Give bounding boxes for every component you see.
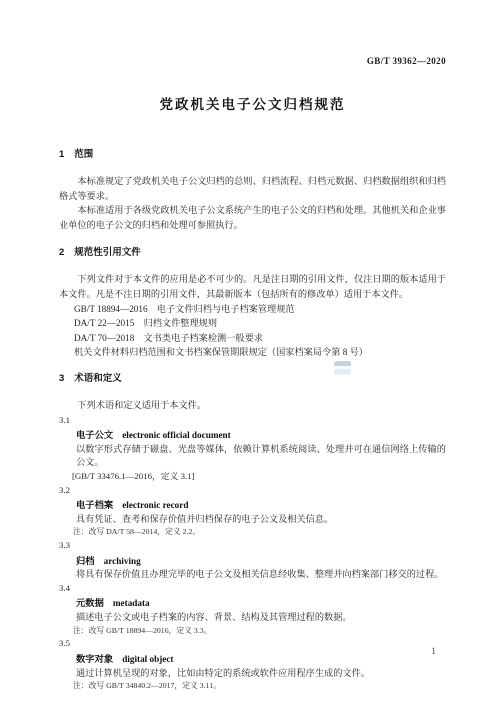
scope-paragraph: 本标准规定了党政机关电子公文归档的总则、归档流程、归档元数据、归档数据组织和归档… (59, 174, 446, 203)
section-title: 范围 (74, 149, 93, 160)
term-title: 数字对象digital object (76, 651, 446, 667)
term-title: 归档archiving (76, 553, 446, 569)
section-number: 3 (59, 373, 64, 384)
term-zh: 归档 (76, 556, 95, 566)
watermark-badge-icon (334, 361, 351, 375)
term-note: 注：改写 GB/T 18894—2016，定义 3.3。 (73, 625, 446, 638)
section-heading-terms-definitions: 3术语和定义 (59, 370, 446, 384)
term-note: 注：改写 DA/T 58—2014，定义 2.2。 (73, 526, 446, 539)
term-zh: 元数据 (76, 598, 104, 608)
reference-item: 机关文件材料归档范围和文书档案保管期限规定（国家档案局令第 8 号） (74, 345, 446, 360)
term-en: electronic official document (122, 430, 231, 440)
term-en: metadata (113, 598, 150, 608)
terms-intro-paragraph: 下列术语和定义适用于本文件。 (59, 398, 446, 413)
term-entry: 3.2 电子档案electronic record 具有凭证、查考和保存价值并归… (59, 484, 446, 540)
term-definition: 具有凭证、查考和保存价值并归档保存的电子公文及相关信息。 (76, 513, 446, 527)
term-title: 电子公文electronic official document (76, 427, 446, 443)
term-number: 3.4 (59, 582, 446, 596)
term-en: electronic record (122, 500, 188, 510)
term-entry: 3.3 归档archiving 将具有保存价值且办理完毕的电子公文及相关信息经收… (59, 539, 446, 582)
term-title: 元数据metadata (76, 595, 446, 611)
reference-list: GB/T 18894—2016 电子文件归档与电子档案管理规范 DA/T 22—… (74, 302, 446, 360)
term-source: [GB/T 33476.1—2016，定义 3.1] (72, 470, 446, 484)
term-definition: 将具有保存价值且办理完毕的电子公文及相关信息经收集、整理并向档案部门移交的过程。 (76, 568, 446, 582)
term-definition: 通过计算机呈现的对象，比如由特定的系统或软件应用程序生成的文件。 (76, 667, 446, 681)
term-zh: 电子档案 (76, 500, 113, 510)
page-content: GB/T 39362—2020 党政机关电子公文归档规范 1范围 本标准规定了党… (59, 0, 446, 693)
term-entry: 3.1 电子公文electronic official document 以数字… (59, 414, 446, 484)
term-number: 3.1 (59, 414, 446, 428)
term-title: 电子档案electronic record (76, 497, 446, 513)
term-zh: 数字对象 (76, 654, 113, 664)
section-title: 规范性引用文件 (74, 247, 141, 258)
section-title: 术语和定义 (74, 373, 122, 384)
section-heading-normative-references: 2规范性引用文件 (59, 244, 446, 258)
reference-item: DA/T 70—2018 文书类电子档案检测一般要求 (74, 331, 446, 346)
term-entry: 3.4 元数据metadata 描述电子公文或电子档案的内容、背景、结构及其管理… (59, 582, 446, 638)
reference-item: GB/T 18894—2016 电子文件归档与电子档案管理规范 (74, 302, 446, 317)
section-number: 2 (59, 247, 64, 258)
term-number: 3.3 (59, 539, 446, 553)
document-title: 党政机关电子公文归档规范 (59, 93, 446, 113)
term-definition: 描述电子公文或电子档案的内容、背景、结构及其管理过程的数据。 (76, 611, 446, 625)
section-number: 1 (59, 149, 64, 160)
term-en: digital object (122, 654, 173, 664)
term-number: 3.5 (59, 637, 446, 651)
term-entry: 3.5 数字对象digital object 通过计算机呈现的对象，比如由特定的… (59, 637, 446, 693)
section-heading-scope: 1范围 (59, 146, 446, 160)
term-zh: 电子公文 (76, 430, 113, 440)
term-en: archiving (104, 556, 141, 566)
scope-paragraph: 本标准适用于各级党政机关电子公文系统产生的电子公文的归档和处理。其他机关和企业事… (59, 203, 446, 232)
standard-code: GB/T 39362—2020 (59, 56, 446, 66)
page-number: 1 (431, 647, 436, 657)
terms-list: 3.1 电子公文electronic official document 以数字… (59, 414, 446, 693)
normative-references-paragraph: 下列文件对于本文件的应用是必不可少的。凡是注日期的引用文件，仅注日期的版本适用于… (59, 272, 446, 301)
term-note: 注：改写 GB/T 34840.2—2017，定义 3.11。 (73, 680, 446, 693)
term-number: 3.2 (59, 484, 446, 498)
term-definition: 以数字形式存储于磁盘、光盘等媒体，依赖计算机系统阅读、处理并可在通信网络上传输的… (76, 443, 446, 470)
document-page: GB/T 39362—2020 党政机关电子公文归档规范 1范围 本标准规定了党… (0, 0, 500, 707)
reference-item: DA/T 22—2015 归档文件整理规则 (74, 316, 446, 331)
